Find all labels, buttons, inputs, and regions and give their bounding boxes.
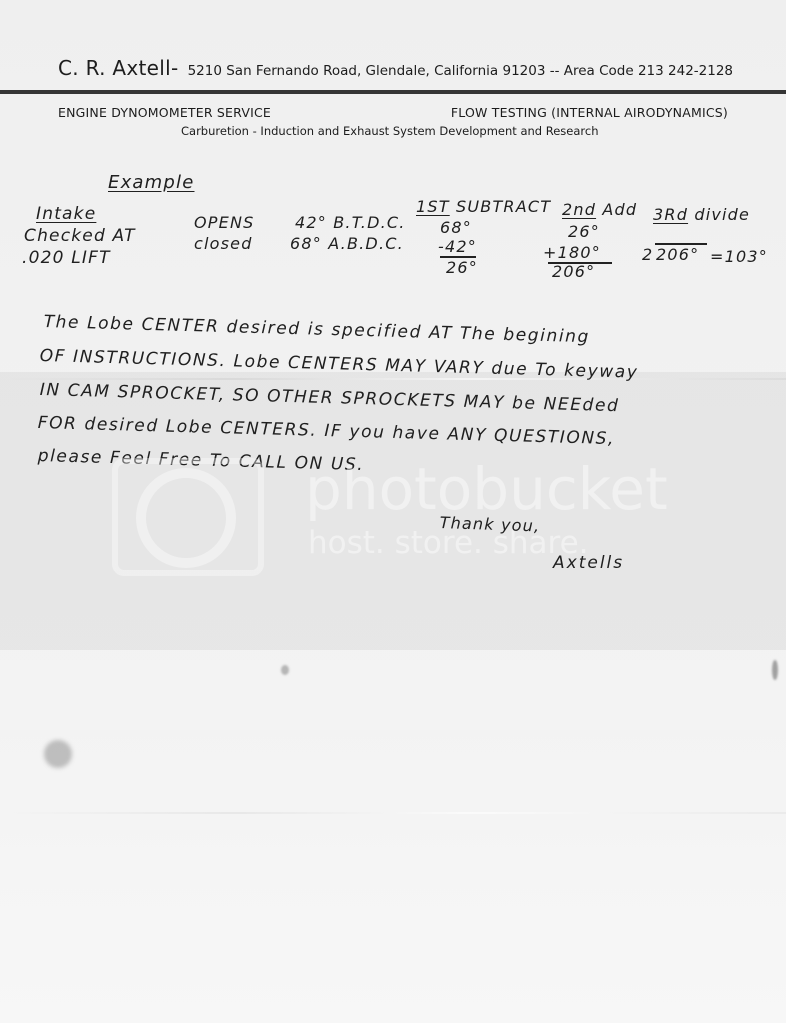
- letterhead-line: C. R. Axtell- 5210 San Fernando Road, Gl…: [58, 56, 733, 80]
- step1-op: SUBTRACT: [456, 197, 551, 216]
- step3-heading: 3Rd divide: [653, 205, 750, 224]
- checked-at-label: Checked AT: [24, 226, 136, 246]
- scanned-letter: C. R. Axtell- 5210 San Fernando Road, Gl…: [0, 0, 786, 1023]
- step1-result: 26°: [446, 258, 478, 277]
- signature: Axtells: [553, 553, 624, 573]
- lift-value: .020 LIFT: [22, 248, 111, 268]
- company-address: 5210 San Fernando Road, Glendale, Califo…: [188, 63, 733, 79]
- camera-lens-icon: [136, 468, 236, 568]
- step1-heading: 1ST SUBTRACT: [416, 197, 551, 216]
- service-right: FLOW TESTING (INTERNAL AIRODYNAMICS): [451, 105, 728, 120]
- paper-fold: [0, 812, 786, 814]
- opens-label: OPENS: [194, 213, 254, 232]
- step3-label: 3Rd: [653, 205, 688, 224]
- step1-top: 68°: [440, 218, 472, 237]
- watermark-brand: photobucket: [305, 455, 668, 523]
- company-name: C. R. Axtell-: [58, 56, 178, 80]
- ink-spot: [772, 660, 778, 680]
- paper-fold: [0, 378, 786, 380]
- step2-result: 206°: [552, 262, 595, 281]
- ink-stain: [44, 740, 72, 768]
- step3-divisor: 2: [642, 245, 653, 264]
- body-line: The Lobe CENTER desired is specified AT …: [43, 312, 590, 347]
- step3-result: =103°: [710, 247, 768, 266]
- step3-op: divide: [694, 205, 750, 224]
- step1-label: 1ST: [416, 197, 450, 216]
- closed-label: closed: [194, 234, 253, 253]
- step2-op: Add: [602, 200, 637, 219]
- photobucket-logo-icon: [112, 458, 264, 576]
- step1-minus: -42°: [438, 237, 477, 256]
- step2-label: 2nd: [562, 200, 596, 219]
- example-heading: Example: [108, 172, 195, 193]
- closed-value: 68° A.B.D.C.: [290, 234, 404, 253]
- service-left: ENGINE DYNOMOMETER SERVICE: [58, 105, 271, 120]
- step2-heading: 2nd Add: [562, 200, 637, 219]
- closing: Thank you,: [439, 513, 540, 536]
- ink-spot: [281, 665, 289, 675]
- step2-plus: +180°: [543, 243, 601, 262]
- step3-dividend: 206°: [656, 245, 699, 264]
- letterhead-subtitle: Carburetion - Induction and Exhaust Syst…: [181, 124, 599, 138]
- letterhead-rule: [0, 90, 786, 94]
- intake-label: Intake: [36, 204, 96, 224]
- step2-top: 26°: [568, 222, 600, 241]
- opens-value: 42° B.T.D.C.: [295, 213, 406, 232]
